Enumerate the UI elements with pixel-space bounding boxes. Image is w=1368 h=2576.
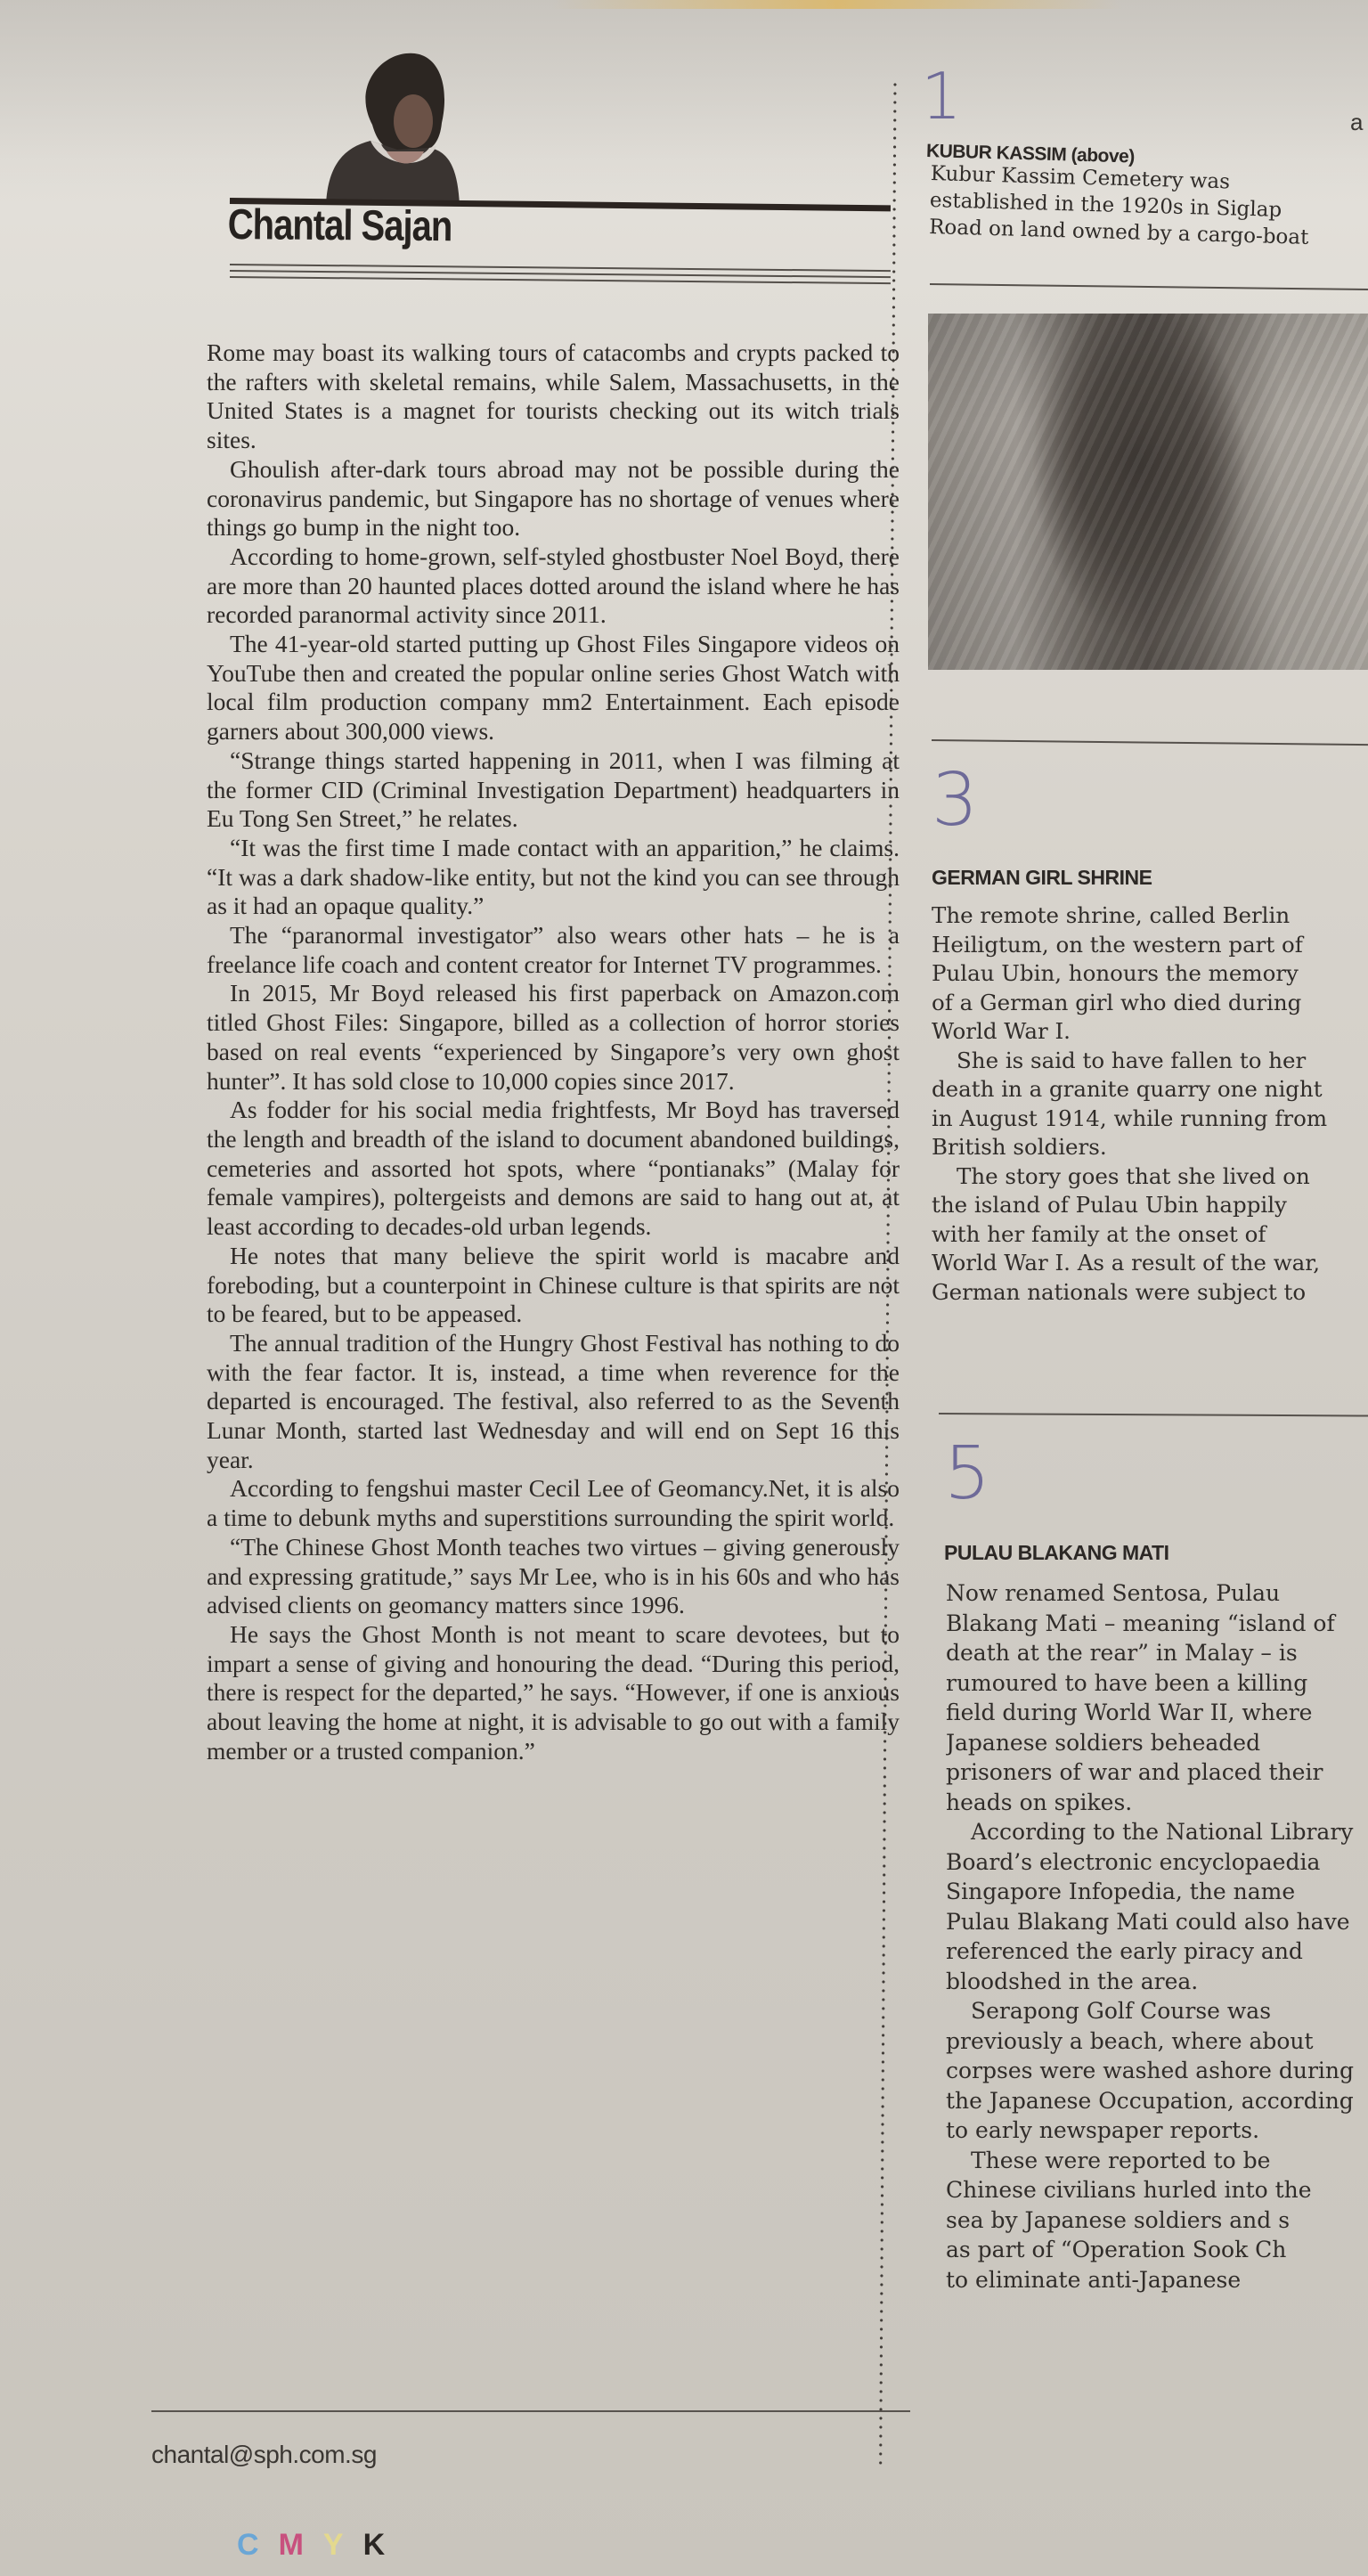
- sidebar-line: World War I.: [932, 1017, 1368, 1047]
- article-end-rule: [151, 2410, 910, 2412]
- sidebar-line: Now renamed Sentosa, Pulau: [946, 1578, 1368, 1609]
- sidebar-item-body: Kubur Kassim Cemetery was established in…: [929, 160, 1368, 253]
- article-paragraph: The annual tradition of the Hungry Ghost…: [207, 1329, 900, 1475]
- sidebar-line: Chinese civilians hurled into the: [946, 2175, 1368, 2205]
- article-paragraph: Rome may boast its walking tours of cata…: [207, 338, 900, 455]
- sidebar-line: Pulau Ubin, honours the memory: [932, 959, 1368, 989]
- sidebar-item-heading: PULAU BLAKANG MATI: [944, 1541, 1169, 1565]
- article-paragraph: He notes that many believe the spirit wo…: [207, 1242, 900, 1329]
- sidebar-line: with her family at the onset of: [932, 1220, 1368, 1250]
- sidebar-line: death in a granite quarry one night: [932, 1075, 1368, 1105]
- sidebar-line: death at the rear” in Malay – is: [946, 1638, 1368, 1668]
- sidebar-line: German nationals were subject to: [932, 1278, 1368, 1308]
- sidebar-line: British soldiers.: [932, 1133, 1368, 1162]
- article-paragraph: He says the Ghost Month is not meant to …: [207, 1620, 900, 1766]
- article-paragraph: “It was the first time I made contact wi…: [207, 834, 900, 921]
- article-body: Rome may boast its walking tours of cata…: [207, 338, 900, 1765]
- cmyk-k: K: [363, 2528, 405, 2562]
- sidebar-rule: [932, 739, 1368, 746]
- sidebar-item-number: 3: [932, 764, 978, 837]
- sidebar-line: Singapore Infopedia, the name: [946, 1877, 1368, 1907]
- sidebar-line: heads on spikes.: [946, 1788, 1368, 1818]
- sidebar-line: sea by Japanese soldiers and s: [946, 2205, 1368, 2236]
- sidebar-line: referenced the early piracy and: [946, 1936, 1368, 1967]
- sidebar-line: bloodshed in the area.: [946, 1967, 1368, 1997]
- article-paragraph: As fodder for his social media frightfes…: [207, 1096, 900, 1242]
- article-paragraph: The 41-year-old started putting up Ghost…: [207, 630, 900, 746]
- cmyk-registration-marks: CMYK: [237, 2528, 404, 2563]
- sidebar-line: Japanese soldiers beheaded: [946, 1728, 1368, 1758]
- sidebar-line: the island of Pulau Ubin happily: [932, 1191, 1368, 1220]
- article-paragraph: According to fengshui master Cecil Lee o…: [207, 1474, 900, 1532]
- sidebar-line: rumoured to have been a killing: [946, 1668, 1368, 1699]
- edge-fragment: a: [1350, 109, 1363, 136]
- sidebar-line: She is said to have fallen to her: [932, 1047, 1368, 1076]
- sidebar-item-heading: GERMAN GIRL SHRINE: [932, 866, 1152, 890]
- author-name: Chantal Sajan: [228, 201, 452, 251]
- sidebar-line: The story goes that she lived on: [932, 1162, 1368, 1192]
- sidebar-line: previously a beach, where about: [946, 2026, 1368, 2057]
- article-paragraph: “The Chinese Ghost Month teaches two vir…: [207, 1533, 900, 1620]
- sidebar-line: corpses were washed ashore during: [946, 2056, 1368, 2086]
- sidebar-item-number: 1: [921, 64, 962, 128]
- header-divider: [230, 276, 891, 284]
- sidebar-line: World War I. As a result of the war,: [932, 1249, 1368, 1278]
- author-email[interactable]: chantal@sph.com.sg: [151, 2441, 377, 2469]
- article-paragraph: “Strange things started happening in 201…: [207, 746, 900, 834]
- cmyk-m: M: [279, 2528, 323, 2562]
- sidebar-item-body: The remote shrine, called Berlin Heiligt…: [932, 901, 1368, 1307]
- sidebar-item-body: Now renamed Sentosa, Pulau Blakang Mati …: [946, 1578, 1368, 2295]
- sidebar-line: field during World War II, where: [946, 1698, 1368, 1728]
- sidebar-line: of a German girl who died during: [932, 989, 1368, 1018]
- sidebar-line: These were reported to be: [946, 2146, 1368, 2176]
- sidebar-line: Board’s electronic encyclopaedia: [946, 1847, 1368, 1878]
- sidebar-rule: [939, 1413, 1368, 1417]
- cmyk-c: C: [237, 2528, 279, 2562]
- sidebar-line: Serapong Golf Course was: [946, 1996, 1368, 2026]
- author-portrait: [317, 52, 504, 205]
- article-paragraph: In 2015, Mr Boyd released his first pape…: [207, 979, 900, 1096]
- sidebar-line: the Japanese Occupation, according: [946, 2086, 1368, 2116]
- sidebar-line: The remote shrine, called Berlin: [932, 901, 1368, 931]
- tunnel-photo: [928, 314, 1368, 670]
- sidebar-line: Heiligtum, on the western part of: [932, 931, 1368, 960]
- sidebar-line: Pulau Blakang Mati could also have: [946, 1907, 1368, 1937]
- sidebar-line: prisoners of war and placed their: [946, 1757, 1368, 1788]
- cmyk-y: Y: [323, 2528, 363, 2562]
- article-paragraph: According to home-grown, self-styled gho…: [207, 542, 900, 630]
- sidebar-item-number: 5: [944, 1438, 990, 1511]
- sidebar-line: in August 1914, while running from: [932, 1105, 1368, 1134]
- article-paragraph: The “paranormal investigator” also wears…: [207, 921, 900, 979]
- page-edge-highlight: [552, 0, 1122, 9]
- article-paragraph: Ghoulish after-dark tours abroad may not…: [207, 455, 900, 542]
- sidebar-line: to early newspaper reports.: [946, 2115, 1368, 2146]
- sidebar-line: Blakang Mati – meaning “island of: [946, 1609, 1368, 1639]
- sidebar-rule: [930, 283, 1368, 290]
- sidebar-line: as part of “Operation Sook Ch: [946, 2235, 1368, 2265]
- sidebar-line: According to the National Library: [946, 1817, 1368, 1847]
- sidebar-line: to eliminate anti-Japanese: [946, 2265, 1368, 2295]
